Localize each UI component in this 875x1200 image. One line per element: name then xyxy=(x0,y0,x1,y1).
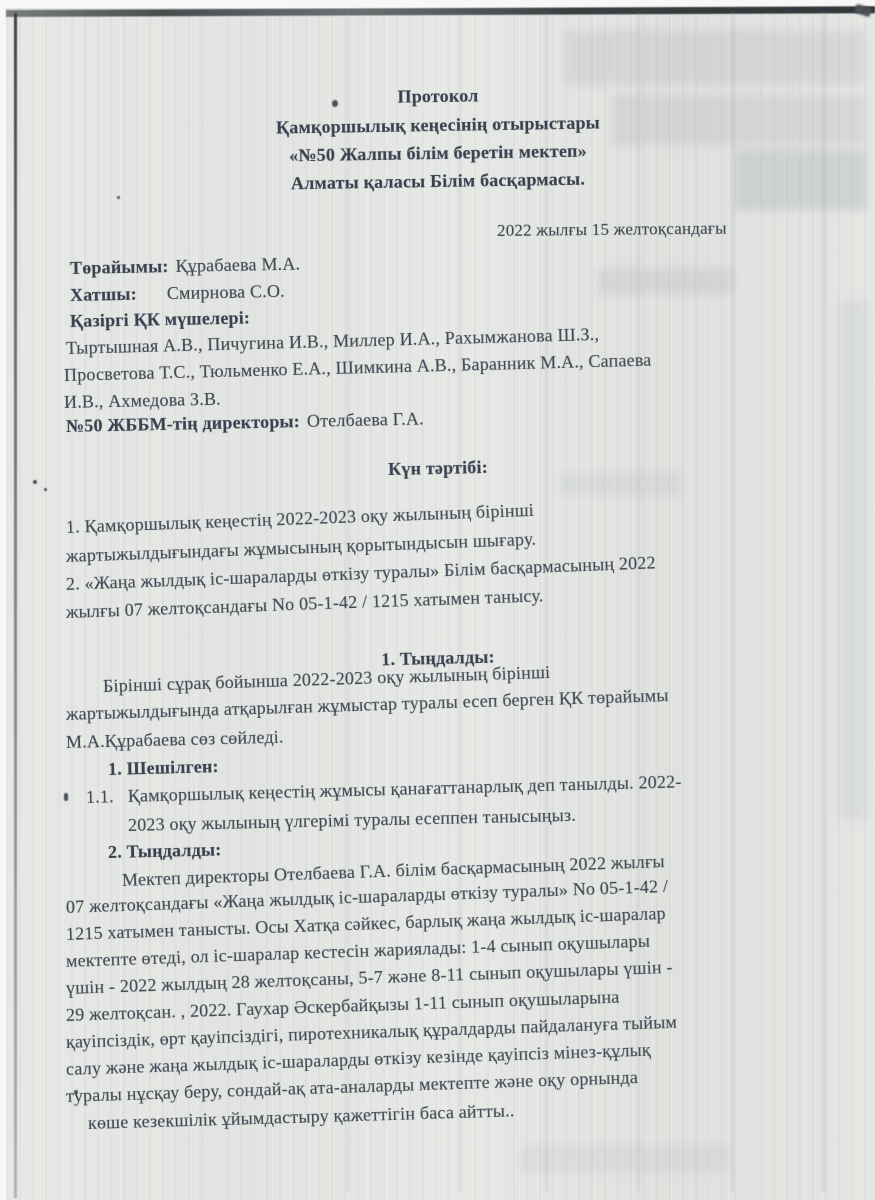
bleed-through-smudge xyxy=(520,1145,730,1173)
resolved-1-heading: 1. Шешілген: xyxy=(108,756,219,780)
bleed-through-smudge xyxy=(560,472,680,496)
scan-streak xyxy=(731,12,734,1192)
resolved-1-number: 1.1. xyxy=(86,786,114,807)
agenda-heading: Күн тәртібі: xyxy=(387,457,487,480)
director-name: Отелбаева Г.А. xyxy=(307,409,424,431)
bleed-through-smudge xyxy=(612,95,867,145)
chairperson-label: Төрайымы: xyxy=(70,256,169,278)
doc-title-line: Протокол xyxy=(397,85,478,107)
chairperson-line: Төрайымы:Құрабаева М.А. xyxy=(70,254,301,279)
secretary-line: Хатшы:Смирнова С.О. xyxy=(70,281,285,306)
scan-speck xyxy=(64,793,68,801)
doc-date-line: 2022 жылғы 15 желтоқсандағы xyxy=(497,219,727,241)
bleed-through-smudge xyxy=(598,268,733,294)
members-label: Қазіргі ҚК мүшелері: xyxy=(70,308,250,332)
scan-left-edge xyxy=(14,13,17,1198)
bleed-through-smudge xyxy=(838,300,868,820)
scan-speck xyxy=(117,196,120,199)
secretary-label: Хатшы: xyxy=(70,284,137,305)
chairperson-name: Құрабаева М.А. xyxy=(175,254,300,276)
director-label: №50 ЖББМ-тің директоры: xyxy=(66,411,300,436)
members-line: И.В., Ахмедова З.В. xyxy=(64,389,221,413)
secretary-name: Смирнова С.О. xyxy=(167,281,285,303)
heard-2-heading: 2. Тыңдалды: xyxy=(108,839,222,863)
bleed-through-smudge xyxy=(565,30,865,85)
bleed-through-smudge xyxy=(735,150,867,210)
scan-speck xyxy=(33,480,37,484)
scan-speck xyxy=(332,100,338,107)
scan-speck xyxy=(44,488,47,491)
